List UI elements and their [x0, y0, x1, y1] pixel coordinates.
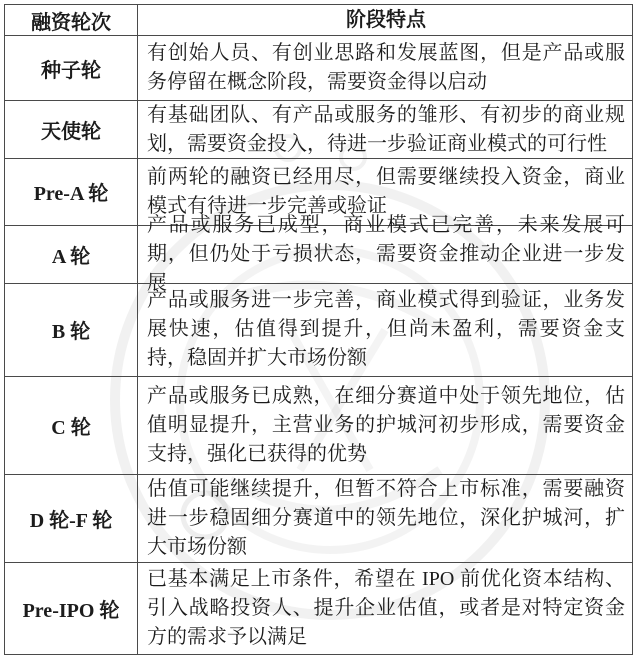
header-features: 阶段特点	[137, 5, 632, 35]
round-description: 已基本满足上市条件，希望在 IPO 前优化资本结构、引入战略投资人、提升企业估值…	[137, 563, 632, 654]
round-label: B 轮	[5, 284, 137, 376]
table-row-c: C 轮 产品或服务已成熟，在细分赛道中处于领先地位，估值明显提升，主营业务的护城…	[5, 376, 632, 474]
round-description: 产品或服务已成熟，在细分赛道中处于领先地位，估值明显提升，主营业务的护城河初步形…	[137, 377, 632, 474]
round-label: C 轮	[5, 377, 137, 474]
round-description: 产品或服务已成型，商业模式已完善，未来发展可期，但仍处于亏损状态，需要资金推动企…	[137, 226, 632, 283]
table-row-b: B 轮 产品或服务进一步完善，商业模式得到验证，业务发展快速，估值得到提升，但尚…	[5, 283, 632, 376]
round-description: 有基础团队、有产品或服务的雏形、有初步的商业规划，需要资金投入，待进一步验证商业…	[137, 101, 632, 158]
round-description: 产品或服务进一步完善，商业模式得到验证，业务发展快速，估值得到提升，但尚未盈利，…	[137, 284, 632, 376]
table-row-a: A 轮 产品或服务已成型，商业模式已完善，未来发展可期，但仍处于亏损状态，需要资…	[5, 225, 632, 283]
header-round: 融资轮次	[5, 5, 137, 35]
round-description: 估值可能继续提升，但暂不符合上市标准，需要融资进一步稳固细分赛道中的领先地位，深…	[137, 475, 632, 562]
table-row-angel: 天使轮 有基础团队、有产品或服务的雏形、有初步的商业规划，需要资金投入，待进一步…	[5, 100, 632, 158]
round-label: 天使轮	[5, 101, 137, 158]
table-row-d-f: D 轮-F 轮 估值可能继续提升，但暂不符合上市标准，需要融资进一步稳固细分赛道…	[5, 474, 632, 562]
round-label: A 轮	[5, 226, 137, 283]
round-label: Pre-A 轮	[5, 159, 137, 225]
round-label: 种子轮	[5, 36, 137, 100]
header-row: 融资轮次 阶段特点	[5, 5, 632, 35]
financing-rounds-table: 融资轮次 阶段特点 种子轮 有创始人员、有创业思路和发展蓝图，但是产品或服务停留…	[4, 4, 633, 655]
round-description: 有创始人员、有创业思路和发展蓝图，但是产品或服务停留在概念阶段，需要资金得以启动	[137, 36, 632, 100]
round-label: D 轮-F 轮	[5, 475, 137, 562]
round-label: Pre-IPO 轮	[5, 563, 137, 654]
table-row-seed: 种子轮 有创始人员、有创业思路和发展蓝图，但是产品或服务停留在概念阶段，需要资金…	[5, 35, 632, 100]
table-row-pre-ipo: Pre-IPO 轮 已基本满足上市条件，希望在 IPO 前优化资本结构、引入战略…	[5, 562, 632, 654]
